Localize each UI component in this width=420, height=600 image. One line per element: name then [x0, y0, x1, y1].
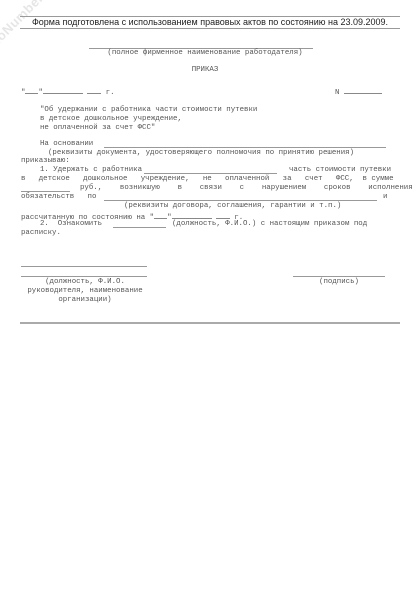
acquaint-person-field[interactable] [113, 227, 166, 228]
signatory-caption-1: (должность, Ф.И.О. [15, 278, 155, 287]
basis-label: На основании [40, 140, 93, 149]
item1-line2: в детское дошкольное учреждение, не опла… [21, 175, 394, 184]
employer-caption: (полное фирменное наименование работодат… [80, 49, 330, 58]
subject-line-1: "Об удержании с работника части стоимост… [40, 106, 257, 115]
date-line: "" г. [21, 86, 115, 98]
item2-start: 2. Ознакомить [40, 220, 102, 229]
calc-day-field[interactable] [154, 211, 167, 219]
item1-obligations: обязательств по [21, 193, 96, 202]
calc-month-field[interactable] [172, 211, 212, 219]
order-number: N [335, 86, 382, 98]
date-month-field[interactable] [43, 86, 83, 94]
signatory-caption-2: руководителя, наименование [15, 287, 155, 296]
signatory-field-1[interactable] [21, 266, 147, 267]
item2-line2: расписку. [21, 229, 61, 238]
signature-caption: (подпись) [293, 278, 385, 287]
amount-field[interactable] [21, 191, 70, 192]
header-notice: Форма подготовлена с использованием прав… [20, 17, 400, 27]
number-label: N [335, 89, 339, 97]
signatory-caption-3: организации) [15, 296, 155, 305]
item1-start: 1. Удержать с работника [40, 166, 142, 175]
header-bottom-rule [20, 28, 400, 29]
document-title: ПРИКАЗ [80, 66, 330, 75]
item1-and: и [383, 193, 387, 202]
contract-details-field[interactable] [104, 200, 377, 201]
date-day-field[interactable] [25, 86, 38, 94]
basis-caption: (реквизиты документа, удостоверяющего по… [48, 149, 354, 158]
date-year-suffix: г. [106, 89, 115, 97]
subject-line-2: в детское дошкольное учреждение, [40, 115, 182, 124]
order-word: приказываю: [21, 157, 70, 166]
footer-rule [20, 322, 400, 324]
employee-name-field[interactable] [144, 173, 277, 174]
item1-after-blank: часть стоимости путевки [289, 166, 391, 175]
item2-after-blank: (должность, Ф.И.О.) с настоящим приказом… [172, 220, 367, 229]
contract-caption: (реквизиты договора, соглашения, гаранти… [124, 202, 341, 211]
item1-line3: руб., возникшую в связи с нарушением сро… [80, 184, 413, 193]
order-number-field[interactable] [344, 86, 382, 94]
calc-year-field[interactable] [216, 211, 230, 219]
date-year-field[interactable] [87, 86, 101, 94]
subject-line-3: не оплаченной за счет ФСС" [40, 124, 155, 133]
basis-document-field[interactable] [104, 147, 386, 148]
signature-field[interactable] [293, 276, 385, 277]
signatory-field-2[interactable] [21, 276, 147, 277]
